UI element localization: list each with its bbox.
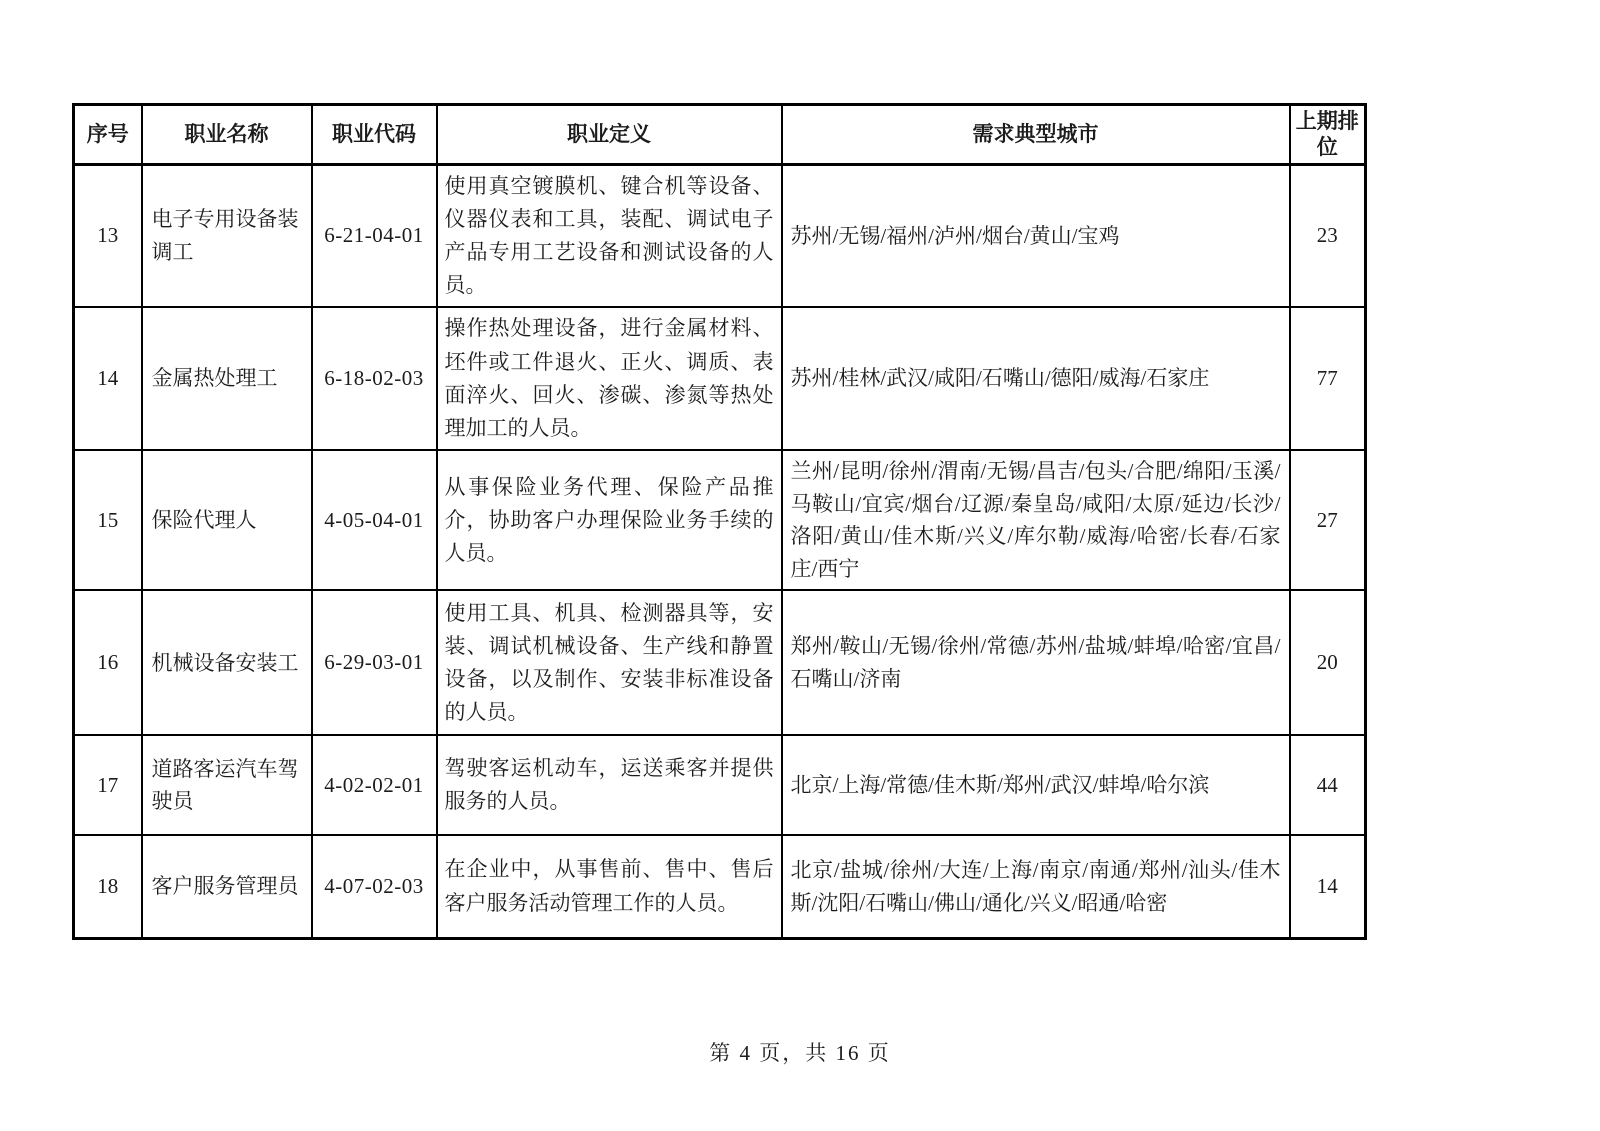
table-row: 15 保险代理人 4-05-04-01 从事保险业务代理、保险产品推介，协助客户… (74, 450, 1366, 590)
column-header-index: 序号 (74, 105, 142, 165)
cell-index: 17 (74, 735, 142, 835)
column-header-name: 职业名称 (142, 105, 312, 165)
column-header-cities: 需求典型城市 (782, 105, 1290, 165)
cell-occupation-code: 4-05-04-01 (312, 450, 437, 590)
cell-rank: 23 (1290, 164, 1366, 307)
cell-definition: 在企业中，从事售前、售中、售后客户服务活动管理工作的人员。 (437, 835, 782, 938)
cell-index: 14 (74, 307, 142, 450)
cell-occupation-code: 4-02-02-01 (312, 735, 437, 835)
cell-occupation-code: 6-21-04-01 (312, 164, 437, 307)
cell-rank: 27 (1290, 450, 1366, 590)
cell-occupation-name: 金属热处理工 (142, 307, 312, 450)
cell-cities: 苏州/无锡/福州/泸州/烟台/黄山/宝鸡 (782, 164, 1290, 307)
table-row: 18 客户服务管理员 4-07-02-03 在企业中，从事售前、售中、售后客户服… (74, 835, 1366, 938)
cell-occupation-name: 电子专用设备装调工 (142, 164, 312, 307)
cell-index: 18 (74, 835, 142, 938)
cell-occupation-name: 客户服务管理员 (142, 835, 312, 938)
table-row: 14 金属热处理工 6-18-02-03 操作热处理设备，进行金属材料、坯件或工… (74, 307, 1366, 450)
cell-index: 16 (74, 590, 142, 735)
cell-definition: 从事保险业务代理、保险产品推介，协助客户办理保险业务手续的人员。 (437, 450, 782, 590)
cell-cities: 苏州/桂林/武汉/咸阳/石嘴山/德阳/威海/石家庄 (782, 307, 1290, 450)
cell-cities: 兰州/昆明/徐州/渭南/无锡/昌吉/包头/合肥/绵阳/玉溪/马鞍山/宜宾/烟台/… (782, 450, 1290, 590)
cell-occupation-code: 6-18-02-03 (312, 307, 437, 450)
cell-rank: 44 (1290, 735, 1366, 835)
cell-occupation-code: 4-07-02-03 (312, 835, 437, 938)
cell-occupation-name: 保险代理人 (142, 450, 312, 590)
document-page: 序号 职业名称 职业代码 职业定义 需求典型城市 上期排位 13 电子专用设备装… (0, 0, 1600, 1131)
table-row: 13 电子专用设备装调工 6-21-04-01 使用真空镀膜机、键合机等设备、仪… (74, 164, 1366, 307)
cell-occupation-code: 6-29-03-01 (312, 590, 437, 735)
cell-occupation-name: 机械设备安装工 (142, 590, 312, 735)
table-header-row: 序号 职业名称 职业代码 职业定义 需求典型城市 上期排位 (74, 105, 1366, 165)
cell-rank: 14 (1290, 835, 1366, 938)
table-row: 16 机械设备安装工 6-29-03-01 使用工具、机具、检测器具等，安装、调… (74, 590, 1366, 735)
cell-rank: 77 (1290, 307, 1366, 450)
cell-definition: 使用真空镀膜机、键合机等设备、仪器仪表和工具，装配、调试电子产品专用工艺设备和测… (437, 164, 782, 307)
column-header-rank: 上期排位 (1290, 105, 1366, 165)
column-header-definition: 职业定义 (437, 105, 782, 165)
page-number: 第 4 页，共 16 页 (0, 1037, 1600, 1067)
cell-cities: 郑州/鞍山/无锡/徐州/常德/苏州/盐城/蚌埠/哈密/宜昌/石嘴山/济南 (782, 590, 1290, 735)
cell-definition: 驾驶客运机动车，运送乘客并提供服务的人员。 (437, 735, 782, 835)
cell-index: 13 (74, 164, 142, 307)
cell-occupation-name: 道路客运汽车驾驶员 (142, 735, 312, 835)
cell-cities: 北京/上海/常德/佳木斯/郑州/武汉/蚌埠/哈尔滨 (782, 735, 1290, 835)
cell-definition: 操作热处理设备，进行金属材料、坯件或工件退火、正火、调质、表面淬火、回火、渗碳、… (437, 307, 782, 450)
cell-definition: 使用工具、机具、检测器具等，安装、调试机械设备、生产线和静置设备，以及制作、安装… (437, 590, 782, 735)
cell-cities: 北京/盐城/徐州/大连/上海/南京/南通/郑州/汕头/佳木斯/沈阳/石嘴山/佛山… (782, 835, 1290, 938)
cell-index: 15 (74, 450, 142, 590)
occupations-table: 序号 职业名称 职业代码 职业定义 需求典型城市 上期排位 13 电子专用设备装… (72, 103, 1367, 940)
table-row: 17 道路客运汽车驾驶员 4-02-02-01 驾驶客运机动车，运送乘客并提供服… (74, 735, 1366, 835)
cell-rank: 20 (1290, 590, 1366, 735)
column-header-code: 职业代码 (312, 105, 437, 165)
